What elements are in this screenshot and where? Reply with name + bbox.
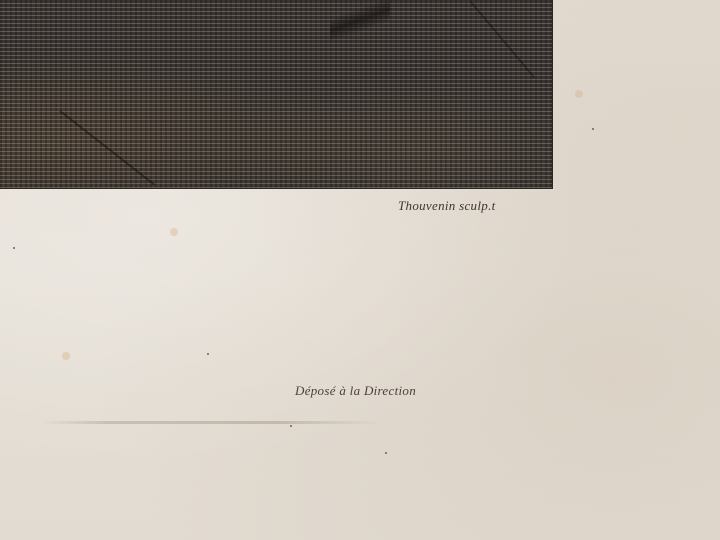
engraving-plate-area <box>0 0 553 189</box>
deposit-notice: Déposé à la Direction <box>295 383 416 399</box>
foxing-stain <box>575 90 583 98</box>
paper-speck <box>385 452 387 454</box>
paper-speck <box>290 425 292 427</box>
paper-crease <box>40 421 380 424</box>
drapery-fold-shading <box>330 0 390 40</box>
foxing-stain <box>62 352 70 360</box>
diagonal-shadow-line <box>59 110 155 185</box>
foxing-stain <box>170 228 178 236</box>
diagonal-shadow-line <box>469 0 535 78</box>
engraver-credit: Thouvenin sculp.t <box>398 198 496 214</box>
paper-speck <box>13 247 15 249</box>
paper-speck <box>592 128 594 130</box>
paper-speck <box>207 353 209 355</box>
